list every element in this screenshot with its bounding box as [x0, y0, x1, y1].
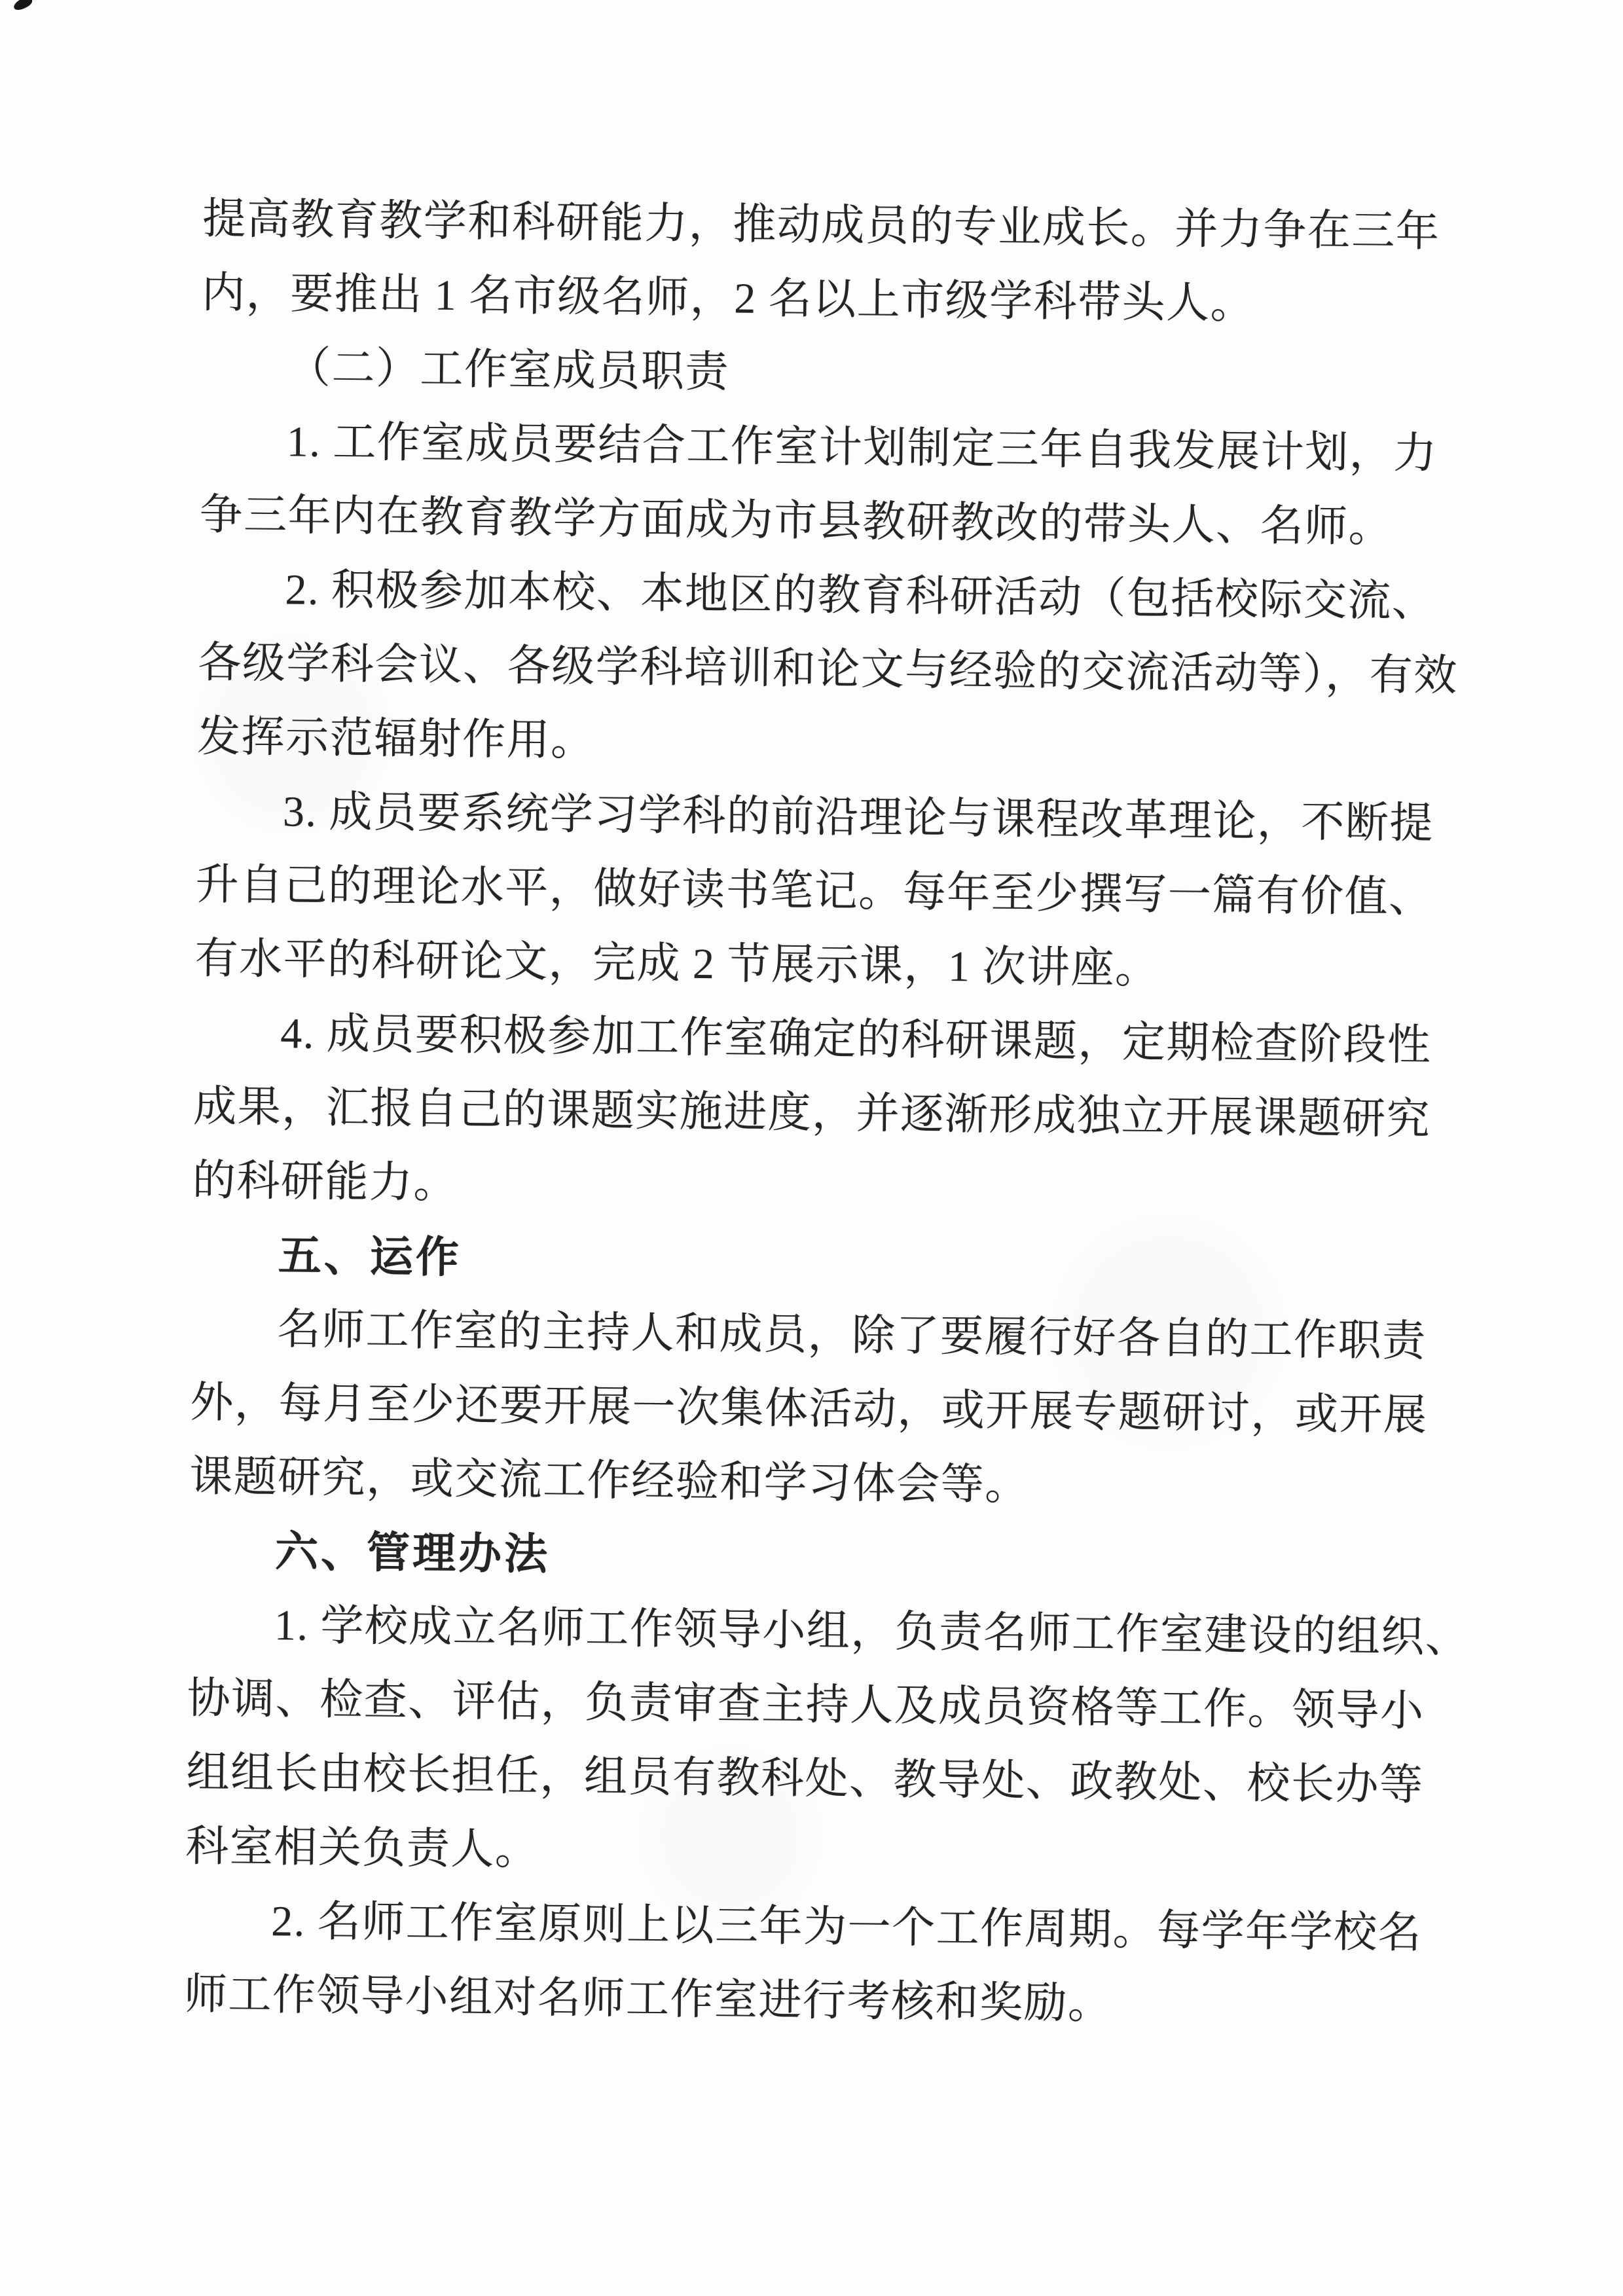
text-line: 提高教育教学和科研能力，推动成员的专业成长。并力争在三年	[202, 182, 1440, 269]
text-line: 成果，汇报自己的课题实施进度，并逐渐形成独立开展课题研究	[193, 1070, 1431, 1157]
text-line: 4. 成员要积极参加工作室确定的科研课题，定期检查阶段性	[194, 996, 1432, 1083]
document-page: 提高教育教学和科研能力，推动成员的专业成长。并力争在三年内，要推出 1 名市级名…	[0, 0, 1623, 2296]
text-line: 1. 学校成立名师工作领导小组，负责名师工作室建设的组织、	[187, 1588, 1425, 1675]
text-line: 课题研究，或交流工作经验和学习体会等。	[189, 1440, 1427, 1527]
text-line: 的科研能力。	[192, 1144, 1430, 1231]
text-line: 升自己的理论水平，做好读书笔记。每年至少撰写一篇有价值、	[195, 848, 1433, 935]
text-line: 外，每月至少还要开展一次集体活动，或开展专题研讨，或开展	[190, 1366, 1428, 1453]
text-line: 争三年内在教育教学方面成为市县教研教改的带头人、名师。	[199, 478, 1437, 565]
text-line: （二）工作室成员职责	[200, 330, 1438, 417]
text-line: 发挥示范辐射作用。	[197, 700, 1435, 787]
text-line: 3. 成员要系统学习学科的前沿理论与课程改革理论，不断提	[196, 774, 1434, 861]
text-line: 各级学科会议、各级学科培训和论文与经验的交流活动等），有效	[198, 626, 1436, 713]
scan-ink-mark	[12, 0, 33, 12]
text-line: 六、管理办法	[189, 1514, 1427, 1601]
text-line: 师工作领导小组对名师工作室进行考核和奖励。	[183, 1958, 1421, 2045]
text-line: 有水平的科研论文，完成 2 节展示课，1 次讲座。	[194, 922, 1432, 1009]
text-line: 1. 工作室成员要结合工作室计划制定三年自我发展计划，力	[200, 404, 1438, 491]
text-line: 五、运作	[191, 1218, 1429, 1305]
text-line: 协调、检查、评估，负责审查主持人及成员资格等工作。领导小	[187, 1662, 1425, 1749]
text-line: 2. 名师工作室原则上以三年为一个工作周期。每学年学校名	[185, 1884, 1423, 1971]
text-line: 组组长由校长担任，组员有教科处、教导处、政教处、校长办等	[186, 1736, 1424, 1823]
text-block: 提高教育教学和科研能力，推动成员的专业成长。并力争在三年内，要推出 1 名市级名…	[183, 182, 1440, 2045]
text-line: 科室相关负责人。	[185, 1810, 1423, 1897]
text-line: 内，要推出 1 名市级名师，2 名以上市级学科带头人。	[202, 256, 1440, 343]
text-line: 2. 积极参加本校、本地区的教育科研活动（包括校际交流、	[198, 552, 1436, 639]
text-line: 名师工作室的主持人和成员，除了要履行好各自的工作职责	[191, 1292, 1429, 1379]
